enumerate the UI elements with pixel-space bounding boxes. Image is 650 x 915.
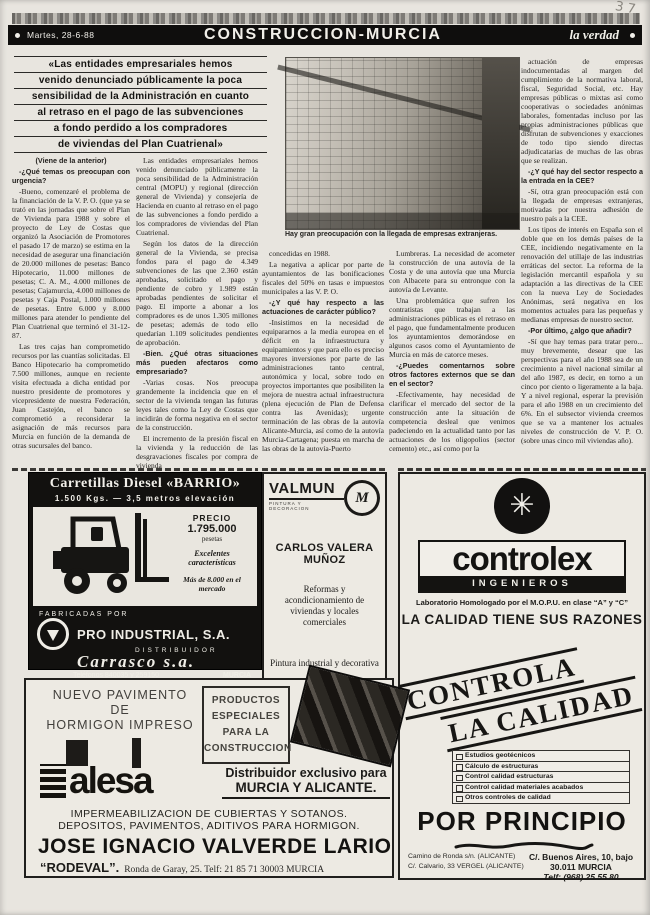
controla-la-calidad-stamp: CONTROLA LA CALIDAD	[399, 637, 642, 760]
paragraph: El incremento de la presión fiscal en la…	[136, 434, 258, 468]
paragraph: concedidas en 1988.	[262, 249, 384, 258]
headline-line: al retraso en el pago de las subvencione…	[14, 105, 267, 121]
box-line: PRODUCTOS	[204, 693, 288, 709]
services-line: DEPOSITOS, PAVIMENTOS, ADITIVOS PARA HOR…	[26, 820, 392, 832]
address-phone: Telf: (968) 25 55 80	[526, 872, 636, 882]
controlex-brand: controlex	[420, 542, 624, 576]
scan-noise-strip	[12, 13, 640, 24]
section-title: CONSTRUCCION-MURCIA	[147, 26, 499, 44]
article-column-3: concedidas en 1988.La negativa a aplicar…	[262, 249, 384, 467]
paragraph: -¿Y qué hay del sector respecto a la ent…	[521, 167, 643, 185]
owner-name: JOSE IGNACIO VALVERDE LARIO	[38, 835, 391, 859]
paragraph: -Bien. ¿Qué otras situaciones más pueden…	[136, 349, 258, 376]
paragraph: -¿Y qué hay respecto a las actuaciones d…	[262, 298, 384, 316]
building-shadow	[482, 58, 519, 229]
halesa-h-icon	[40, 764, 66, 798]
nuevo-pavimento-title: NUEVO PAVIMENTODEHORMIGON IMPRESO	[34, 688, 206, 733]
pavement-photo	[290, 665, 410, 768]
checklist-item: Control calidad materiales acabados	[453, 783, 629, 794]
valmun-services-2: Pintura industrial y decorativa	[269, 658, 380, 668]
address-line: C/. Calvario, 33 VERGEL (ALICANTE)	[408, 862, 526, 872]
controlex-address-left: Camino de Ronda s/n. (ALICANTE) C/. Calv…	[408, 852, 526, 882]
controlex-logo-icon: ✳	[494, 478, 550, 534]
services-line: IMPERMEABILIZACION DE CUBIERTAS Y SOTANO…	[26, 808, 392, 820]
distributor-line: MURCIA Y ALICANTE.	[222, 780, 390, 799]
article-column-2: Las entidades empresariales hemos venido…	[136, 156, 258, 468]
newspaper-brand: la verdad	[499, 27, 623, 43]
underline-squiggle	[454, 840, 594, 852]
article-column-4: Lumbreras. La necesidad de acometer la c…	[389, 249, 515, 467]
paragraph: -Sí, otra gran preocupación está con la …	[521, 187, 643, 223]
paragraph: Las tres cajas han comprometido recursos…	[12, 342, 130, 450]
construction-photo	[285, 57, 520, 230]
article-column-5: actuación de empresas indocumentadas al …	[521, 57, 643, 467]
address-line: 30.011 MURCIA	[526, 862, 636, 872]
checklist-item: Otros controles de calidad	[453, 793, 629, 803]
ad-controlex: ✳ controlex INGENIEROS Laboratorio Homol…	[398, 472, 646, 880]
halesa-distributor: Distribuidor exclusivo para MURCIA Y ALI…	[222, 766, 390, 799]
ad-barrio-body: PRECIO 1.795.000 pesetas Excelentes cara…	[33, 507, 257, 606]
paragraph: -Bueno, comenzaré el problema de la fina…	[12, 187, 130, 340]
ad-carretillas-barrio: Carretillas Diesel «BARRIO» 1.500 Kgs. —…	[28, 472, 262, 670]
feature-text: Más de 8.000 en el mercado	[171, 575, 253, 593]
maker-name: PRO INDUSTRIAL, S.A.	[77, 627, 230, 642]
paragraph: -Por último, ¿algo que añadir?	[521, 326, 643, 335]
checklist-item: Control calidad estructuras	[453, 772, 629, 783]
paragraph: Las entidades empresariales hemos venido…	[136, 156, 258, 237]
headline-line: a fondo perdido a los compradores	[14, 121, 267, 137]
headline-line: venido denunciado públicamente la poca	[14, 73, 267, 89]
paragraph: Una problemática que sufren los contrati…	[389, 296, 515, 359]
photo-foreground	[286, 213, 519, 229]
address-line: C/. Buenos Aires, 10, bajo	[526, 852, 636, 862]
dashed-separator	[262, 468, 386, 471]
valmun-services-1: Reformas y acondicionamiento de vivienda…	[269, 584, 380, 628]
issue-date: Martes, 28-6-88	[27, 30, 147, 40]
headline-line: sensibilidad de la Administración en cua…	[14, 89, 267, 105]
bullet-icon	[630, 33, 635, 38]
article-column-1: (Viene de la anterior)-¿Qué temas os pre…	[12, 156, 130, 468]
ad-barrio-pricing: PRECIO 1.795.000 pesetas Excelentes cara…	[171, 513, 253, 593]
distributor-name: Carrasco s.a.	[77, 652, 261, 672]
paragraph: La negativa a aplicar por parte de ayunt…	[262, 260, 384, 296]
ad-barrio-title: Carretillas Diesel «BARRIO»	[29, 476, 261, 492]
feature-text: Excelentes características	[171, 549, 253, 567]
photo-caption: Hay gran preocupación con la llegada de …	[285, 231, 535, 238]
owner-brand: “RODEVAL”.	[40, 860, 119, 875]
title-line: HORMIGON IMPRESO	[34, 718, 206, 733]
paragraph: -¿Qué temas os preocupan con urgencia?	[12, 167, 130, 185]
newspaper-page: 37 Martes, 28-6-88 CONSTRUCCION-MURCIA l…	[0, 0, 650, 915]
controlex-homologation: Laboratorio Homologado por el M.O.P.U. e…	[400, 598, 644, 607]
checklist-item: Estudios geotécnicos	[453, 751, 629, 762]
section-header-bar: Martes, 28-6-88 CONSTRUCCION-MURCIA la v…	[8, 25, 642, 45]
bullet-icon	[15, 33, 20, 38]
controlex-logo-box: controlex INGENIEROS	[418, 540, 626, 593]
headline-line: «Las entidades empresariales hemos	[14, 57, 267, 73]
price-label: PRECIO	[171, 513, 253, 523]
ad-barrio-header: Carretillas Diesel «BARRIO» 1.500 Kgs. —…	[29, 473, 261, 503]
paragraph: -Efectivamente, hay necesidad de clarifi…	[389, 390, 515, 453]
box-line: ESPECIALES	[204, 709, 288, 725]
headline-line: de viviendas del Plan Cuatrienal»	[14, 137, 267, 153]
checklist-item: Cálculo de estructuras	[453, 762, 629, 773]
paragraph: -Insistimos en la necesidad de equiparar…	[262, 318, 384, 453]
paragraph: Lumbreras. La necesidad de acometer la c…	[389, 249, 515, 294]
controlex-slogan: LA CALIDAD TIENE SUS RAZONES	[400, 612, 644, 627]
distributor-line: Distribuidor exclusivo para	[222, 766, 390, 780]
paragraph: -¿Puedes comentarnos sobre otros factore…	[389, 361, 515, 388]
valmun-brand: VALMUN	[269, 480, 344, 500]
valmun-brand-sub: PINTURA Y DECORACION	[269, 501, 344, 511]
box-line: PARA LA	[204, 725, 288, 741]
price-value: 1.795.000	[171, 523, 253, 535]
halesa-logo: alesa	[40, 764, 152, 798]
productos-especiales-box: PRODUCTOSESPECIALESPARA LACONSTRUCCION	[202, 686, 290, 764]
title-line: DE	[34, 703, 206, 718]
title-line: NUEVO PAVIMENTO	[34, 688, 206, 703]
ad-halesa: NUEVO PAVIMENTODEHORMIGON IMPRESO PRODUC…	[24, 678, 394, 878]
controlex-address-right: C/. Buenos Aires, 10, bajo 30.011 MURCIA…	[526, 852, 636, 882]
paragraph: (Viene de la anterior)	[12, 156, 130, 165]
halesa-brand-text: alesa	[69, 764, 152, 798]
paragraph: -Varias cosas. Nos preocupa grandemente …	[136, 378, 258, 432]
valmun-emblem-icon: M	[344, 480, 380, 516]
ad-barrio-footer: FABRICADAS POR PRO INDUSTRIAL, S.A. DIST…	[29, 609, 261, 669]
forklift-illustration	[39, 509, 171, 605]
headline-block: «Las entidades empresariales hemosvenido…	[14, 56, 267, 153]
paragraph: actuación de empresas indocumentadas al …	[521, 57, 643, 165]
paragraph: Según los datos de la dirección general …	[136, 239, 258, 347]
paragraph: Los tipos de interés en España son el do…	[521, 225, 643, 324]
paragraph: -Sí que hay temas para tratar pero... mu…	[521, 337, 643, 445]
quality-checklist: Estudios geotécnicosCálculo de estructur…	[452, 750, 630, 804]
price-unit: pesetas	[171, 535, 253, 543]
box-line: CONSTRUCCION	[204, 741, 288, 757]
made-by-label: FABRICADAS POR	[39, 611, 261, 618]
dashed-separator	[398, 468, 646, 471]
valmun-owner-name: CARLOS VALERA MUÑOZ	[269, 542, 380, 566]
owner-address: Ronda de Garay, 25. Telf: 21 85 71 30003…	[124, 865, 324, 875]
pro-industrial-logo-icon	[37, 618, 69, 650]
controlex-brand-sub: INGENIEROS	[420, 576, 624, 591]
address-line: Camino de Ronda s/n. (ALICANTE)	[408, 852, 526, 862]
controlex-principle: POR PRINCIPIO	[400, 806, 644, 837]
dashed-separator	[12, 468, 258, 471]
ad-barrio-subtitle: 1.500 Kgs. — 3,5 metros elevación	[29, 494, 261, 503]
